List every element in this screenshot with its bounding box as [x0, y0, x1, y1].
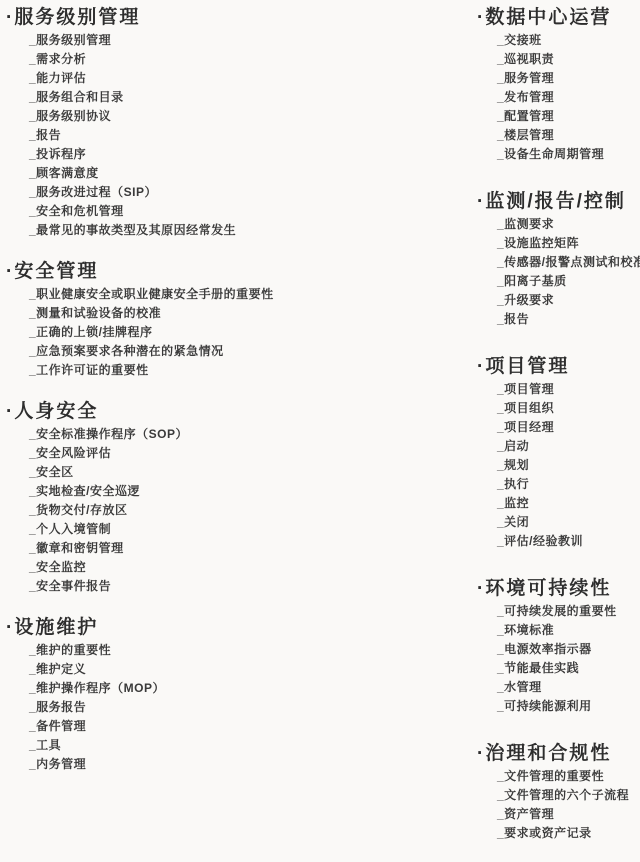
outline-item: _徽章和密钥管理 — [6, 539, 477, 558]
outline-item: _监控 — [477, 494, 640, 513]
outline-section: ·设施维护_维护的重要性_维护定义_维护操作程序（MOP）_服务报告_备件管理_… — [6, 614, 477, 774]
outline-item: _个人入境管制 — [6, 520, 477, 539]
outline-item: _升级要求 — [477, 291, 640, 310]
bullet-marker: · — [477, 188, 483, 215]
outline-page: ·服务级别管理_服务级别管理_需求分析_能力评估_服务组合和目录_服务级别协议_… — [0, 0, 640, 862]
section-items: _项目管理_项目组织_项目经理_启动_规划_执行_监控_关闭_评估/经验教训 — [477, 380, 640, 551]
outline-section: ·安全管理_职业健康安全或职业健康安全手册的重要性_测量和试验设备的校准_正确的… — [6, 258, 477, 380]
column-left: ·服务级别管理_服务级别管理_需求分析_能力评估_服务组合和目录_服务级别协议_… — [6, 4, 477, 862]
outline-item: _服务改进过程（SIP） — [6, 183, 477, 202]
outline-item: _电源效率指示器 — [477, 640, 640, 659]
bullet-marker: · — [6, 614, 12, 641]
outline-item: _最常见的事故类型及其原因经常发生 — [6, 221, 477, 240]
outline-item: _备件管理 — [6, 717, 477, 736]
section-title: ·监测/报告/控制 — [477, 188, 640, 215]
bullet-marker: · — [477, 4, 483, 31]
outline-section: ·人身安全_安全标准操作程序（SOP）_安全风险评估_安全区_实地检查/安全巡逻… — [6, 398, 477, 596]
outline-item: _水管理 — [477, 678, 640, 697]
outline-item: _评估/经验教训 — [477, 532, 640, 551]
outline-item: _工作许可证的重要性 — [6, 361, 477, 380]
outline-item: _项目经理 — [477, 418, 640, 437]
section-title: ·项目管理 — [477, 353, 640, 380]
outline-item: _内务管理 — [6, 755, 477, 774]
outline-item: _服务管理 — [477, 69, 640, 88]
section-title: ·人身安全 — [6, 398, 477, 425]
bullet-marker: · — [477, 740, 483, 767]
section-items: _服务级别管理_需求分析_能力评估_服务组合和目录_服务级别协议_报告_投诉程序… — [6, 31, 477, 240]
section-title-text: 环境可持续性 — [485, 578, 611, 599]
outline-item: _投诉程序 — [6, 145, 477, 164]
outline-item: _规划 — [477, 456, 640, 475]
section-title: ·数据中心运营 — [477, 4, 640, 31]
outline-item: _可持续发展的重要性 — [477, 602, 640, 621]
outline-item: _报告 — [6, 126, 477, 145]
outline-item: _维护的重要性 — [6, 641, 477, 660]
section-title-text: 数据中心运营 — [485, 7, 611, 28]
outline-item: _项目管理 — [477, 380, 640, 399]
outline-item: _正确的上锁/挂牌程序 — [6, 323, 477, 342]
outline-item: _安全风险评估 — [6, 444, 477, 463]
section-title-text: 安全管理 — [14, 261, 98, 282]
section-title-text: 治理和合规性 — [485, 743, 611, 764]
outline-item: _货物交付/存放区 — [6, 501, 477, 520]
outline-section: ·项目管理_项目管理_项目组织_项目经理_启动_规划_执行_监控_关闭_评估/经… — [477, 353, 640, 551]
outline-section: ·服务级别管理_服务级别管理_需求分析_能力评估_服务组合和目录_服务级别协议_… — [6, 4, 477, 240]
outline-item: _服务组合和目录 — [6, 88, 477, 107]
outline-item: _项目组织 — [477, 399, 640, 418]
outline-item: _报告 — [477, 310, 640, 329]
outline-item: _节能最佳实践 — [477, 659, 640, 678]
outline-item: _需求分析 — [6, 50, 477, 69]
section-title: ·设施维护 — [6, 614, 477, 641]
outline-section: ·环境可持续性_可持续发展的重要性_环境标准_电源效率指示器_节能最佳实践_水管… — [477, 575, 640, 716]
outline-item: _顾客满意度 — [6, 164, 477, 183]
section-title: ·环境可持续性 — [477, 575, 640, 602]
section-items: _可持续发展的重要性_环境标准_电源效率指示器_节能最佳实践_水管理_可持续能源… — [477, 602, 640, 716]
section-items: _职业健康安全或职业健康安全手册的重要性_测量和试验设备的校准_正确的上锁/挂牌… — [6, 285, 477, 380]
outline-item: _实地检查/安全巡逻 — [6, 482, 477, 501]
outline-item: _设备生命周期管理 — [477, 145, 640, 164]
outline-item: _维护操作程序（MOP） — [6, 679, 477, 698]
outline-item: _环境标准 — [477, 621, 640, 640]
outline-item: _巡视职责 — [477, 50, 640, 69]
outline-item: _服务级别协议 — [6, 107, 477, 126]
outline-item: _发布管理 — [477, 88, 640, 107]
outline-item: _要求或资产记录 — [477, 824, 640, 843]
outline-item: _职业健康安全或职业健康安全手册的重要性 — [6, 285, 477, 304]
outline-item: _维护定义 — [6, 660, 477, 679]
section-title: ·安全管理 — [6, 258, 477, 285]
outline-item: _可持续能源利用 — [477, 697, 640, 716]
outline-item: _服务报告 — [6, 698, 477, 717]
bullet-marker: · — [6, 4, 12, 31]
section-title-text: 监测/报告/控制 — [485, 191, 626, 212]
section-items: _交接班_巡视职责_服务管理_发布管理_配置管理_楼层管理_设备生命周期管理 — [477, 31, 640, 164]
bullet-marker: · — [6, 398, 12, 425]
outline-item: _应急预案要求各种潜在的紧急情况 — [6, 342, 477, 361]
bullet-marker: · — [477, 353, 483, 380]
outline-item: _测量和试验设备的校准 — [6, 304, 477, 323]
outline-section: ·治理和合规性_文件管理的重要性_文件管理的六个子流程_资产管理_要求或资产记录 — [477, 740, 640, 843]
outline-item: _安全标准操作程序（SOP） — [6, 425, 477, 444]
outline-item: _安全监控 — [6, 558, 477, 577]
section-items: _安全标准操作程序（SOP）_安全风险评估_安全区_实地检查/安全巡逻_货物交付… — [6, 425, 477, 596]
bullet-marker: · — [6, 258, 12, 285]
section-title-text: 项目管理 — [485, 356, 569, 377]
outline-item: _安全和危机管理 — [6, 202, 477, 221]
outline-item: _设施监控矩阵 — [477, 234, 640, 253]
outline-section: ·监测/报告/控制_监测要求_设施监控矩阵_传感器/报警点测试和校准_阳离子基质… — [477, 188, 640, 329]
outline-item: _执行 — [477, 475, 640, 494]
outline-item: _配置管理 — [477, 107, 640, 126]
outline-item: _安全事件报告 — [6, 577, 477, 596]
section-title-text: 服务级别管理 — [14, 7, 140, 28]
outline-item: _资产管理 — [477, 805, 640, 824]
section-title: ·治理和合规性 — [477, 740, 640, 767]
column-right: ·数据中心运营_交接班_巡视职责_服务管理_发布管理_配置管理_楼层管理_设备生… — [477, 4, 640, 862]
outline-item: _传感器/报警点测试和校准 — [477, 253, 640, 272]
outline-item: _启动 — [477, 437, 640, 456]
section-title-text: 设施维护 — [14, 617, 98, 638]
outline-item: _能力评估 — [6, 69, 477, 88]
outline-item: _关闭 — [477, 513, 640, 532]
outline-item: _交接班 — [477, 31, 640, 50]
section-items: _文件管理的重要性_文件管理的六个子流程_资产管理_要求或资产记录 — [477, 767, 640, 843]
section-items: _监测要求_设施监控矩阵_传感器/报警点测试和校准_阳离子基质_升级要求_报告 — [477, 215, 640, 329]
section-title-text: 人身安全 — [14, 401, 98, 422]
outline-item: _服务级别管理 — [6, 31, 477, 50]
outline-item: _安全区 — [6, 463, 477, 482]
outline-section: ·数据中心运营_交接班_巡视职责_服务管理_发布管理_配置管理_楼层管理_设备生… — [477, 4, 640, 164]
section-title: ·服务级别管理 — [6, 4, 477, 31]
outline-item: _工具 — [6, 736, 477, 755]
outline-item: _监测要求 — [477, 215, 640, 234]
outline-item: _文件管理的重要性 — [477, 767, 640, 786]
bullet-marker: · — [477, 575, 483, 602]
outline-item: _阳离子基质 — [477, 272, 640, 291]
outline-item: _文件管理的六个子流程 — [477, 786, 640, 805]
section-items: _维护的重要性_维护定义_维护操作程序（MOP）_服务报告_备件管理_工具_内务… — [6, 641, 477, 774]
outline-item: _楼层管理 — [477, 126, 640, 145]
